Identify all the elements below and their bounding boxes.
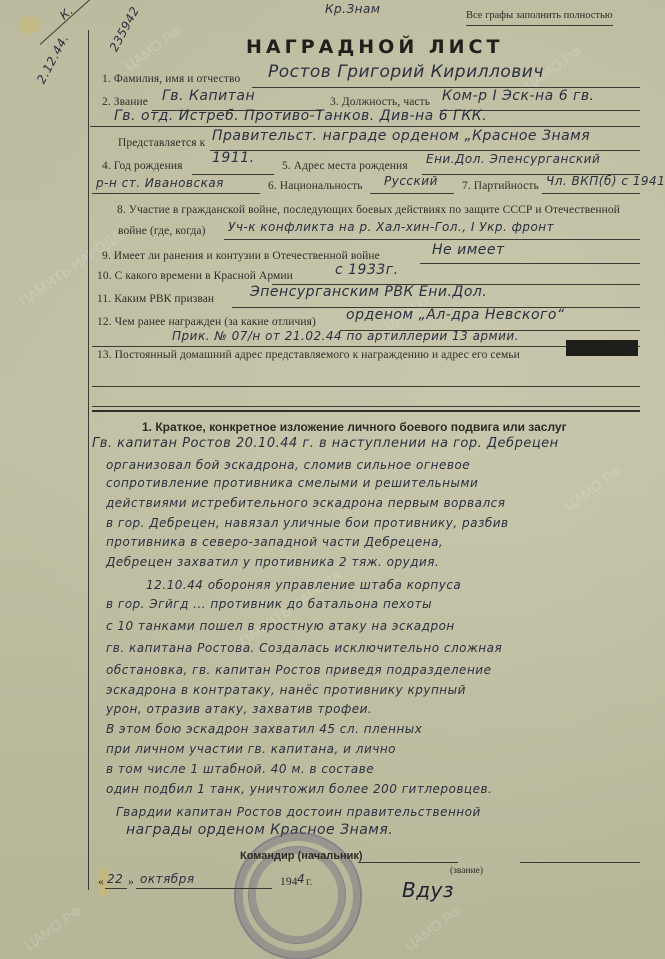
narrative-line: противника в северо-западной части Дебре… [106,535,443,549]
conclusion-line: награды орденом Красное Знамя. [126,822,393,838]
field-9-line [420,263,640,264]
narrative-line: действиями истребительного эскадрона пер… [106,496,505,510]
field-7-label: 7. Партийность [462,180,539,192]
field-13-label: 13. Постоянный домашний адрес представля… [97,349,520,361]
field-12-value: орденом „Ал-дра Невского“ [346,307,565,323]
field-3-label: 3. Должность, часть [330,96,430,108]
narrative-line: с 10 танками пошел в яростную атаку на э… [106,619,455,633]
corner-number-mark: 235942 [107,4,142,54]
field-3-value: Ком-р I Эск-на 6 гв. [442,88,595,104]
field-5-value: Ени.Дол. Эпенсурганский [426,152,600,166]
field-2-value: Гв. Капитан [162,88,255,104]
corner-date-mark: 2.12.44. [34,32,72,86]
field-4-label: 4. Год рождения [102,160,183,172]
field-5-continuation-line [92,193,260,194]
presented-to-label: Представляется к [118,137,205,149]
date-year-suffix: г. [306,876,313,888]
field-1-value: Ростов Григорий Кириллович [268,62,544,82]
field-9-label: 9. Имеет ли ранения и контузии в Отечест… [102,250,380,262]
field-13-line-2 [92,406,640,407]
field-5-label: 5. Адрес места рождения [282,160,408,172]
narrative-line: организовал бой эскадрона, сломив сильно… [106,458,470,472]
date-day: 22 [107,872,123,886]
date-close-quote: » [128,876,134,888]
narrative-line: Дебрецен захватил у противника 2 тяж. ор… [106,555,439,569]
date-month: октября [140,872,195,886]
narrative-line: В этом бою эскадрон захватил 45 сл. плен… [106,722,422,736]
narrative-line: при личном участии гв. капитана, и лично [106,742,396,756]
narrative-line: один подбил 1 танк, уничтожил более 200 … [106,782,492,796]
header-note: Все графы заполнить полностью [466,10,613,21]
narrative-line: в гор. Дебрецен, навязал уличные бои про… [106,516,509,530]
field-13-line-1 [92,386,640,387]
commander-signature: Вдуз [402,878,454,902]
field-7-value: Чл. ВКП(б) с 1941. [546,174,665,188]
date-open-quote: « [98,876,104,888]
date-day-line [105,888,127,889]
narrative-line: сопротивление противника смелыми и решит… [106,476,478,490]
commander-label: Командир (начальник) [240,850,363,862]
field-8-label-cont: войне (где, когда) [118,225,206,237]
field-4-line [192,174,274,175]
field-6-label: 6. Национальность [268,180,363,192]
narrative-line: 12.10.44 обороняя управление штаба корпу… [146,578,461,592]
watermark: ЦАМО.РФ [21,903,84,954]
date-year-digit: 4 [297,872,305,886]
narrative-line: гв. капитана Ростова. Создалась исключит… [106,641,502,655]
field-1-label: 1. Фамилия, имя и отчество [102,73,240,85]
field-12-continuation: Прик. № 07/н от 21.02.44 по артиллерии 1… [172,329,519,343]
conclusion-line: Гвардии капитан Ростов достоин правитель… [116,805,481,819]
narrative-line: Гв. капитан Ростов 20.10.44 г. в наступл… [92,436,559,451]
field-9-value: Не имеет [432,242,505,258]
narrative-line: в том числе 1 штабной. 40 м. в составе [106,762,374,776]
field-3-continuation-line [90,126,640,127]
rank-label: (звание) [450,866,483,876]
section-divider [92,410,640,412]
award-sheet-page: ЦАМО.РФ ЦАМО.РФ ПАМЯТЬ НАРОДА ЦАМО.РФ ЦА… [0,0,665,959]
field-7-line [542,193,640,194]
commander-line-2 [520,862,640,863]
commander-line [358,862,458,863]
field-11-label: 11. Каким РВК призван [97,293,214,305]
narrative-line: урон, отразив атаку, захватив трофеи. [106,702,372,716]
presented-to-value: Правительст. награде орденом „Красное Зн… [212,128,590,144]
narrative-line: эскадрона в контратаку, нанёс противнику… [106,683,466,697]
watermark: ЦАМО.РФ [561,463,624,514]
date-month-line [136,888,272,889]
diagonal-line [40,0,122,45]
field-8-line [224,239,640,240]
narrative-line: в гор. Эгйгд ... противник до батальона … [106,597,432,611]
paper-stain [18,16,40,34]
redacted-address [566,340,638,356]
section-title: 1. Краткое, конкретное изложение личного… [142,420,567,434]
field-12-continuation-line [92,346,640,347]
header-note-underline [466,25,613,26]
presented-to-line [210,150,640,151]
field-10-value: с 1933г. [335,262,399,278]
page-title: НАГРАДНОЙ ЛИСТ [246,36,503,58]
handwritten-award-mark: Кр.Знам [325,2,380,16]
watermark: ЦАМО.РФ [401,903,464,954]
field-11-value: Эпенсурганским РВК Ени.Дол. [250,284,487,300]
field-3-continuation: Гв. отд. Истреб. Противо-Танков. Див-на … [114,108,487,124]
field-6-value: Русский [384,174,438,188]
field-10-label: 10. С какого времени в Красной Армии [97,270,293,282]
field-12-label: 12. Чем ранее награжден (за какие отличи… [97,316,316,328]
narrative-line: обстановка, гв. капитан Ростов приведя п… [106,663,491,677]
field-5-continuation: р-н ст. Ивановская [96,176,224,190]
date-year-prefix: 194 [280,876,298,888]
field-8-label: 8. Участие в гражданской войне, последую… [117,204,620,216]
margin-line [88,30,89,890]
field-4-value: 1911. [212,150,255,166]
field-2-label: 2. Звание [102,96,148,108]
field-6-line [370,193,454,194]
field-8-value: Уч-к конфликта на р. Хал-хин-Гол., I Укр… [228,220,554,234]
